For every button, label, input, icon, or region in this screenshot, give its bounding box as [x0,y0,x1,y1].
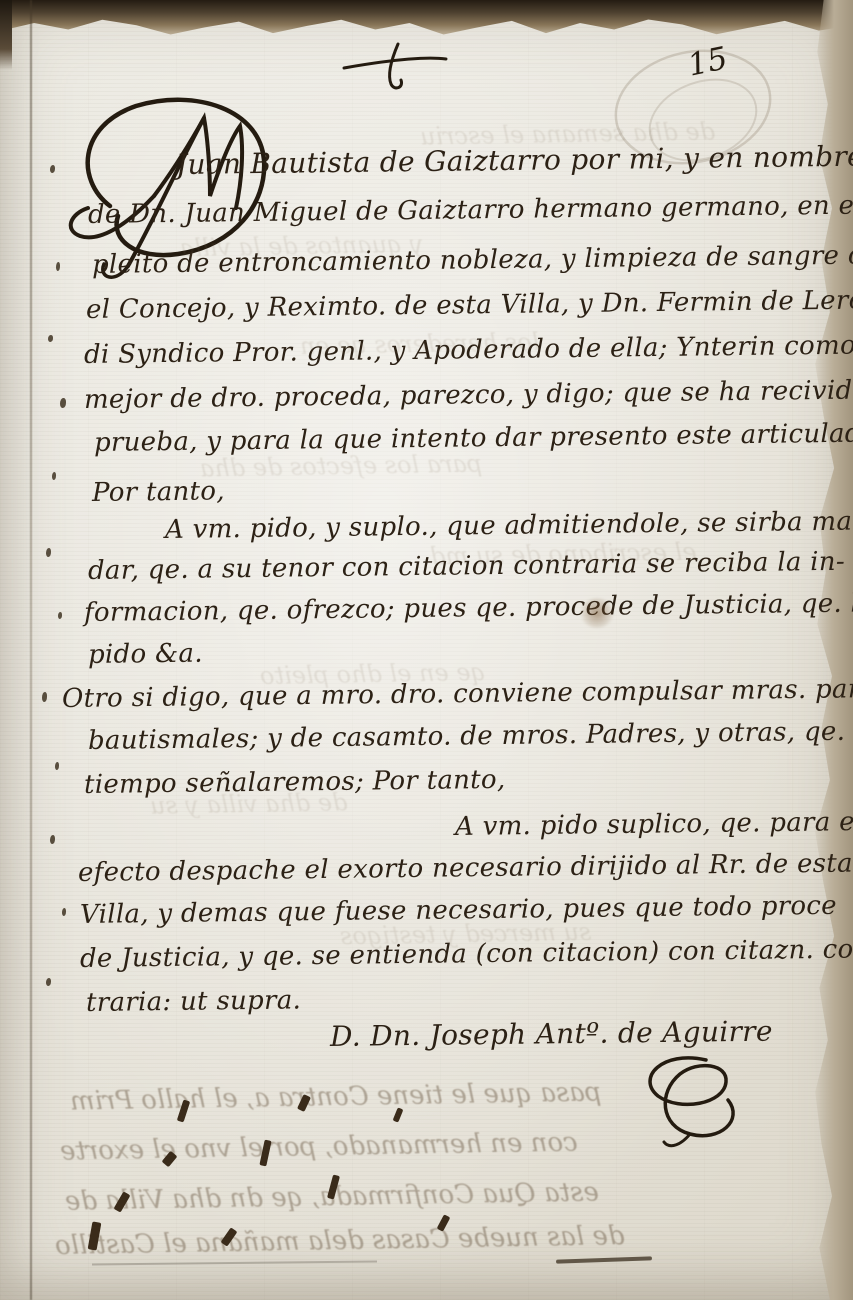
manuscript-line: A vm. pido suplico, qe. para el [455,807,853,842]
pencil-line [92,1261,377,1266]
manuscript-line: efecto despache el exorto necesario diri… [78,849,853,888]
dark-top-left-corner [0,0,12,70]
bleedthrough-line: el escribano de su md [430,538,697,571]
ink-speck [46,978,51,986]
manuscript-line: el Concejo, y Reximto. de esta Villa, y … [86,285,853,325]
ink-speck [58,612,62,619]
manuscript-line: bautismales; y de casamto. de mros. Padr… [88,716,853,756]
bleedthrough-line: los herederos qe en [300,328,540,360]
ink-speck [60,398,66,408]
manuscript-page: 15 Juan Bautista de Gaiztarro por mi, y … [0,0,853,1300]
manuscript-line: pido &a. [88,639,203,670]
ink-speck [50,835,55,844]
bleedthrough-line: y quantos de la villa [180,230,424,262]
bleedthrough-line: pasa que le tiene Contra a, el hallo Pri… [70,1077,602,1116]
manuscript-line: mejor de dro. proceda, parezco, y digo; … [84,375,853,415]
manuscript-line: formacion, qe. ofrezco; pues qe. procede… [84,588,853,628]
bleedthrough-line: con en hermanado, por el vno el exorte [60,1127,578,1166]
bleedthrough-line: su merced y testigos [340,918,592,950]
ink-dash [556,1256,652,1263]
manuscript-line: A vm. pido, y suplo., que admitiendole, … [165,506,853,545]
ink-speck [62,908,66,916]
binding-fold-line [30,0,32,1300]
ink-speck [46,548,51,557]
torn-top-edge [0,0,853,36]
signature-rubric-flourish [628,1048,758,1153]
ink-speck [42,692,47,702]
bleedthrough-line: de dha villa y su [150,788,348,819]
ink-stain [580,598,614,628]
ink-speck [50,165,55,173]
bleedthrough-line: de las nuebe Casas dela mañana el Castil… [55,1221,625,1261]
ink-speck [48,335,53,342]
cross-invocation-icon [340,38,450,93]
bleedthrough-line: para los efectos de dha [200,450,483,483]
ink-speck [52,472,56,480]
ink-speck [55,762,59,770]
manuscript-line: traria: ut supra. [86,985,301,1018]
bleedthrough-line: de dha semana el escriu [420,117,715,150]
bleedthrough-line: qe en el dho pleito [260,658,486,690]
